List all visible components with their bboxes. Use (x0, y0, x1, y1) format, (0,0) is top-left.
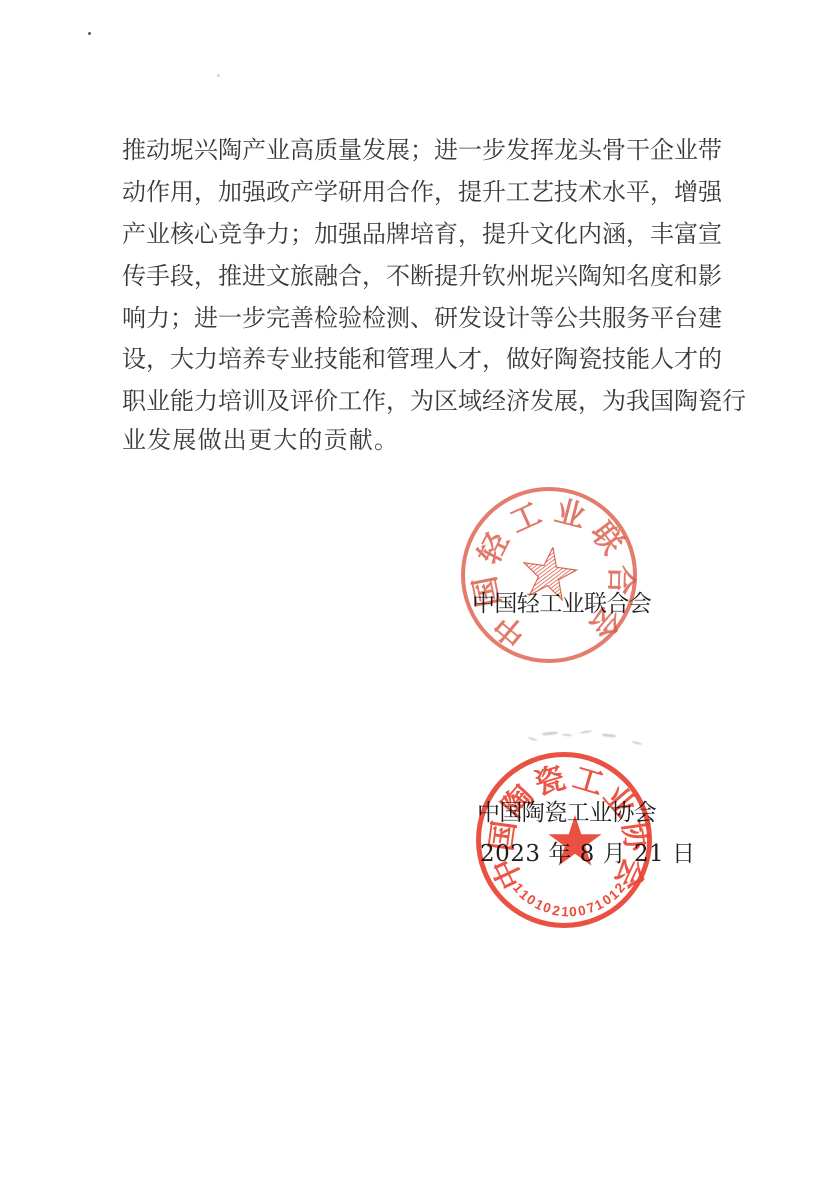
seal-character: 轻 (474, 528, 514, 568)
document-page: 推动坭兴陶产业高质量发展；进一步发挥龙头骨干企业带 动作用，加强政产学研用合作，… (0, 0, 839, 1186)
seal-character: 1 (560, 905, 568, 919)
body-text-line: 业发展做出更大的贡献。 (122, 420, 722, 462)
seal-character: 2 (551, 903, 561, 918)
body-text-line: 传手段，推进文旅融合，不断提升钦州坭兴陶知名度和影 (122, 252, 722, 294)
body-text-line: 设，大力培养专业技能和管理人才，做好陶瓷技能人才的 (122, 336, 722, 378)
letter-body-paragraph: 推动坭兴陶产业高质量发展；进一步发挥龙头骨干企业带 动作用，加强政产学研用合作，… (122, 127, 722, 461)
body-text-line: 动作用，加强政产学研用合作，提升工艺技术水平，增强 (122, 169, 722, 211)
faint-smudge-marks (528, 726, 658, 748)
body-text-line: 推动坭兴陶产业高质量发展；进一步发挥龙头骨干企业带 (122, 127, 722, 169)
body-text-line: 职业能力培训及评价工作，为区域经济发展，为我国陶瓷行 (122, 378, 722, 420)
scan-speck-dot-faint (217, 74, 220, 77)
seal-character: 工 (506, 499, 546, 539)
signature-org-name-1: 中国轻工业联合会 (472, 591, 651, 617)
seal-character: 业 (551, 496, 587, 532)
signature-date: 2023 年 8 月 21 日 (480, 841, 696, 867)
seal-character: 联 (585, 518, 627, 560)
body-text-line: 响力；进一步完善检验检测、研发设计等公共服务平台建 (122, 294, 722, 336)
signature-org-name-2: 中国陶瓷工业协会 (477, 800, 656, 826)
body-text-line: 产业核心竞争力；加强品牌培育，提升文化内涵，丰富宣 (122, 211, 722, 253)
scan-speck-dot (88, 32, 91, 35)
